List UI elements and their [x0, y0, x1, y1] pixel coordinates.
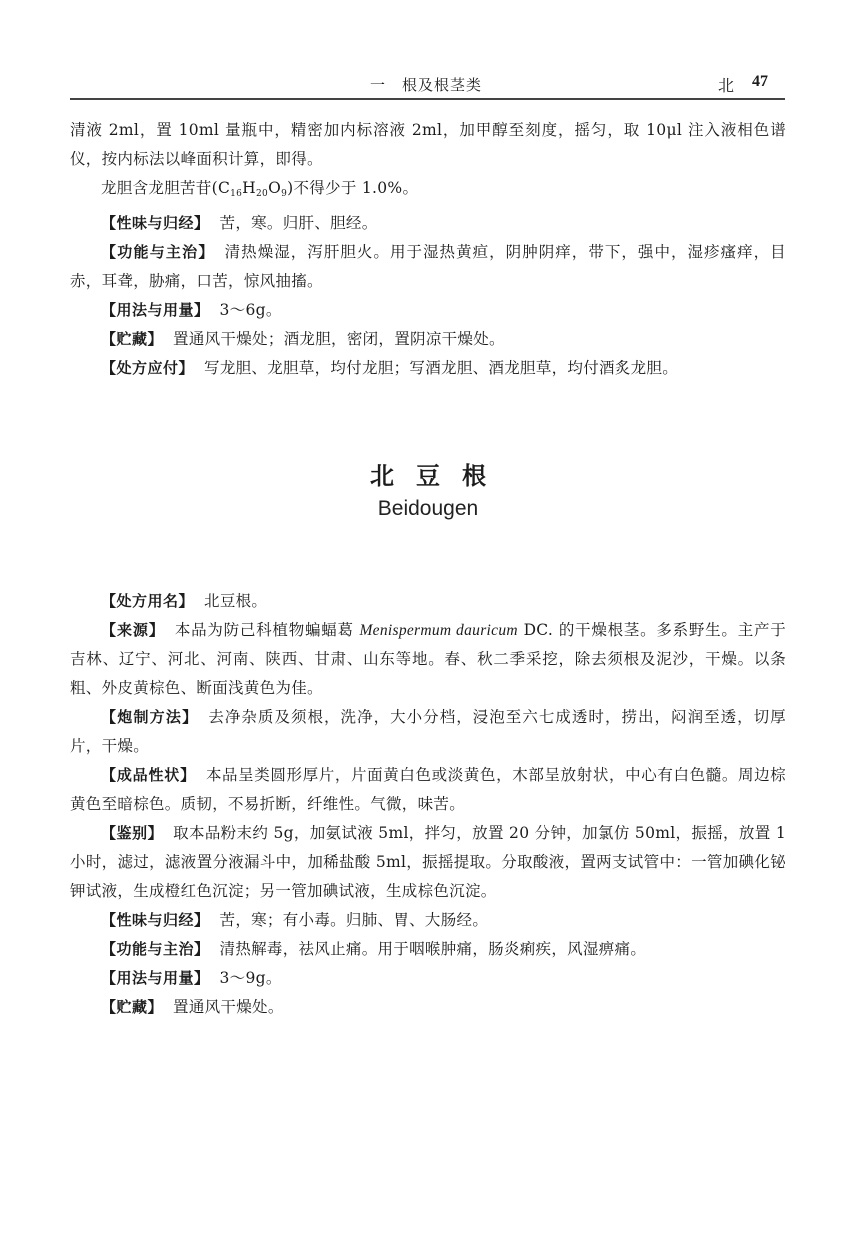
section-text: 3～9g。 [220, 969, 282, 987]
section-text: 本品为防己科植物蝙蝠葛 [175, 621, 360, 639]
section-tag: 【性味与归经】 [101, 911, 210, 929]
section-text: 北豆根。 [204, 592, 267, 610]
section-tag: 【性味与归经】 [101, 214, 210, 232]
formula-post: )不得少于 1.0%。 [287, 179, 418, 197]
section-appearance: 【成品性状】本品呈类圆形厚片，片面黄白色或淡黄色，木部呈放射状，中心有白色髓。周… [70, 761, 786, 819]
section-function: 【功能与主治】清热燥湿，泻肝胆火。用于湿热黄疸，阴肿阴痒，带下，强中，湿疹瘙痒，… [70, 238, 786, 296]
section-storage: 【贮藏】置通风干燥处；酒龙胆，密闭，置阴凉干燥处。 [70, 325, 786, 354]
section-prescription-name: 【处方用名】北豆根。 [70, 587, 786, 616]
entry-body: 【处方用名】北豆根。 【来源】本品为防己科植物蝙蝠葛 Menispermum d… [70, 587, 786, 1022]
section-nature: 【性味与归经】苦，寒。归肝、胆经。 [70, 209, 786, 238]
section-tag: 【来源】 [101, 621, 165, 639]
section-dosage: 【用法与用量】3～6g。 [70, 296, 786, 325]
entry-title-chinese: 北豆根 [0, 456, 856, 491]
section-tag: 【用法与用量】 [101, 969, 210, 987]
subscript: 20 [256, 189, 268, 199]
section-function: 【功能与主治】清热解毒，祛风止痛。用于咽喉肿痛，肠炎痢疾，风湿痹痛。 [70, 935, 786, 964]
section-dosage: 【用法与用量】3～9g。 [70, 964, 786, 993]
section-text: 写龙胆、龙胆草，均付龙胆；写酒龙胆、酒龙胆草，均付酒炙龙胆。 [204, 359, 678, 377]
section-processing: 【炮制方法】去净杂质及须根，洗净，大小分档，浸泡至六七成透时，捞出，闷润至透，切… [70, 703, 786, 761]
section-tag: 【用法与用量】 [101, 301, 210, 319]
formula-pre: 龙胆含龙胆苦苷(C [101, 179, 230, 197]
previous-entry-continuation: 清液 2ml，置 10ml 量瓶中，精密加内标溶液 2ml，加甲醇至刻度，摇匀，… [70, 116, 786, 383]
subscript: 16 [230, 189, 242, 199]
formula-o: O [268, 179, 281, 197]
entry-title: 北豆根 Beidougen [0, 456, 856, 521]
section-nature: 【性味与归经】苦，寒；有小毒。归肺、胃、大肠经。 [70, 906, 786, 935]
section-tag: 【贮藏】 [101, 330, 163, 348]
chapter-title: 根及根茎类 [402, 76, 482, 94]
section-char: 北 [718, 73, 734, 96]
latin-name: Menispermum dauricum [359, 622, 517, 639]
section-tag: 【鉴别】 [101, 824, 163, 842]
section-tag: 【功能与主治】 [101, 243, 215, 261]
section-text: 置通风干燥处。 [173, 998, 284, 1016]
content-requirement: 龙胆含龙胆苦苷(C16H20O9)不得少于 1.0%。 [70, 174, 786, 209]
formula-h: H [242, 179, 256, 197]
section-text: 苦，寒。归肝、胆经。 [220, 214, 378, 232]
section-text: 清热解毒，祛风止痛。用于咽喉肿痛，肠炎痢疾，风湿痹痛。 [220, 940, 647, 958]
chapter-heading: 一根及根茎类 [370, 74, 482, 95]
section-tag: 【贮藏】 [101, 998, 163, 1016]
section-tag: 【处方用名】 [101, 592, 194, 610]
section-source: 【来源】本品为防己科植物蝙蝠葛 Menispermum dauricum DC.… [70, 616, 786, 703]
running-header: 一根及根茎类 北 47 [70, 64, 785, 102]
section-text: 取本品粉末约 5g，加氨试液 5ml，拌匀，放置 20 分钟，加氯仿 50ml，… [70, 824, 786, 900]
section-tag: 【功能与主治】 [101, 940, 210, 958]
entry-title-pinyin: Beidougen [0, 497, 856, 521]
section-tag: 【处方应付】 [101, 359, 194, 377]
section-text: 3～6g。 [220, 301, 282, 319]
header-rule [70, 98, 785, 100]
section-tag: 【成品性状】 [101, 766, 196, 784]
section-text: 苦，寒；有小毒。归肺、胃、大肠经。 [220, 911, 489, 929]
page-number: 47 [752, 73, 768, 91]
section-identification: 【鉴别】取本品粉末约 5g，加氨试液 5ml，拌匀，放置 20 分钟，加氯仿 5… [70, 819, 786, 906]
assay-text: 清液 2ml，置 10ml 量瓶中，精密加内标溶液 2ml，加甲醇至刻度，摇匀，… [70, 116, 786, 174]
chapter-dash: 一 [370, 76, 386, 94]
section-dispensing: 【处方应付】写龙胆、龙胆草，均付龙胆；写酒龙胆、酒龙胆草，均付酒炙龙胆。 [70, 354, 786, 383]
section-storage: 【贮藏】置通风干燥处。 [70, 993, 786, 1022]
section-text: 置通风干燥处；酒龙胆，密闭，置阴凉干燥处。 [173, 330, 505, 348]
section-tag: 【炮制方法】 [101, 708, 198, 726]
